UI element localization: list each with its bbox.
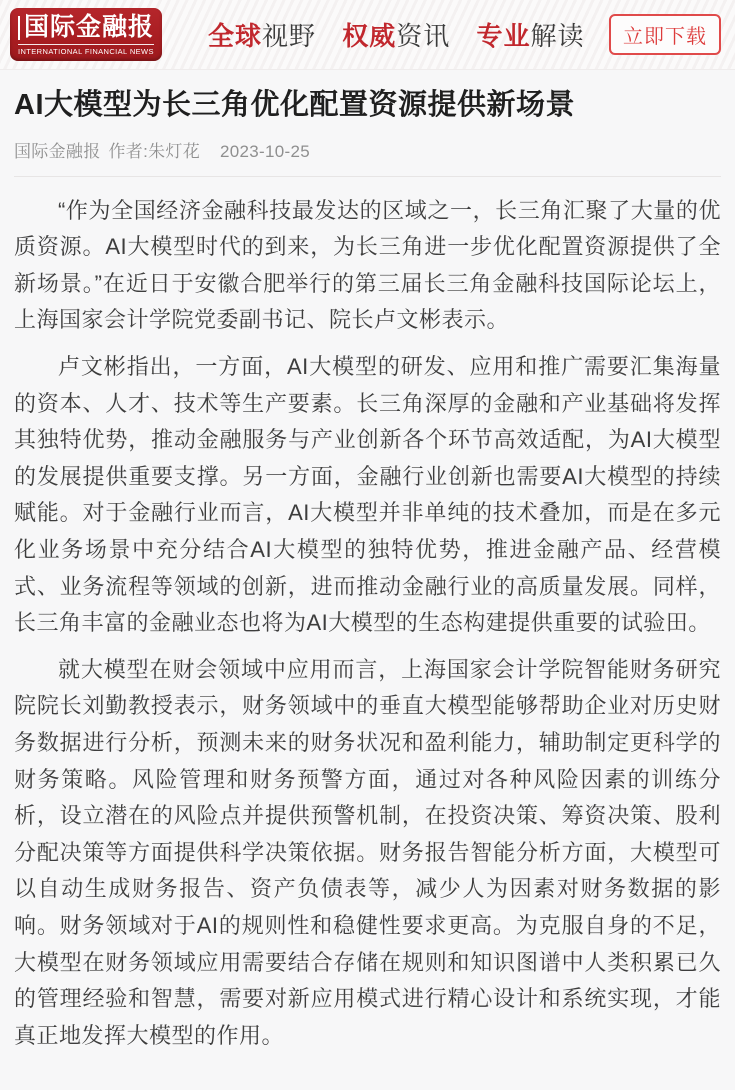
article-body: “作为全国经济金融科技最发达的区域之一，长三角汇聚了大量的优质资源。AI大模型时…: [14, 177, 721, 1055]
tagline-segment-professional: 专业解读: [477, 21, 585, 51]
tagline-global-plain: 视野: [262, 21, 316, 51]
logo-bar-decoration: [18, 16, 20, 40]
tagline-global-strong: 全球: [208, 21, 262, 51]
byline-date: 2023-10-25: [220, 142, 310, 161]
article-byline: 国际金融报作者:朱灯花2023-10-25: [14, 137, 721, 162]
tagline-authority-plain: 资讯: [396, 21, 450, 51]
site-logo[interactable]: 国际金融报 INTERNATIONAL FINANCIAL NEWS: [10, 8, 162, 61]
site-logo-subtitle: INTERNATIONAL FINANCIAL NEWS: [18, 44, 154, 56]
article-title: AI大模型为长三角优化配置资源提供新场景: [14, 87, 721, 125]
article-container: AI大模型为长三角优化配置资源提供新场景 国际金融报作者:朱灯花2023-10-…: [0, 87, 735, 1054]
tagline-professional-plain: 解读: [531, 21, 585, 51]
article-paragraph: 卢文彬指出，一方面，AI大模型的研发、应用和推广需要汇集海量的资本、人才、技术等…: [14, 349, 721, 642]
article-paragraph: “作为全国经济金融科技最发达的区域之一，长三角汇聚了大量的优质资源。AI大模型时…: [14, 193, 721, 339]
site-logo-title: 国际金融报: [18, 14, 154, 42]
tagline-segment-global: 全球视野: [208, 21, 316, 51]
tagline-segment-authority: 权威资讯: [342, 21, 450, 51]
tagline-professional-strong: 专业: [477, 21, 531, 51]
site-logo-title-text: 国际金融报: [24, 14, 154, 42]
article-paragraph: 就大模型在财会领域中应用而言，上海国家会计学院智能财务研究院院长刘勤教授表示，财…: [14, 652, 721, 1055]
site-header: 国际金融报 INTERNATIONAL FINANCIAL NEWS 全球视野 …: [0, 0, 735, 70]
download-now-button[interactable]: 立即下载: [609, 14, 721, 55]
byline-source: 国际金融报: [14, 142, 101, 161]
tagline-authority-strong: 权威: [342, 21, 396, 51]
byline-author: 作者:朱灯花: [109, 142, 201, 161]
header-tagline: 全球视野 权威资讯 专业解读: [208, 16, 585, 53]
